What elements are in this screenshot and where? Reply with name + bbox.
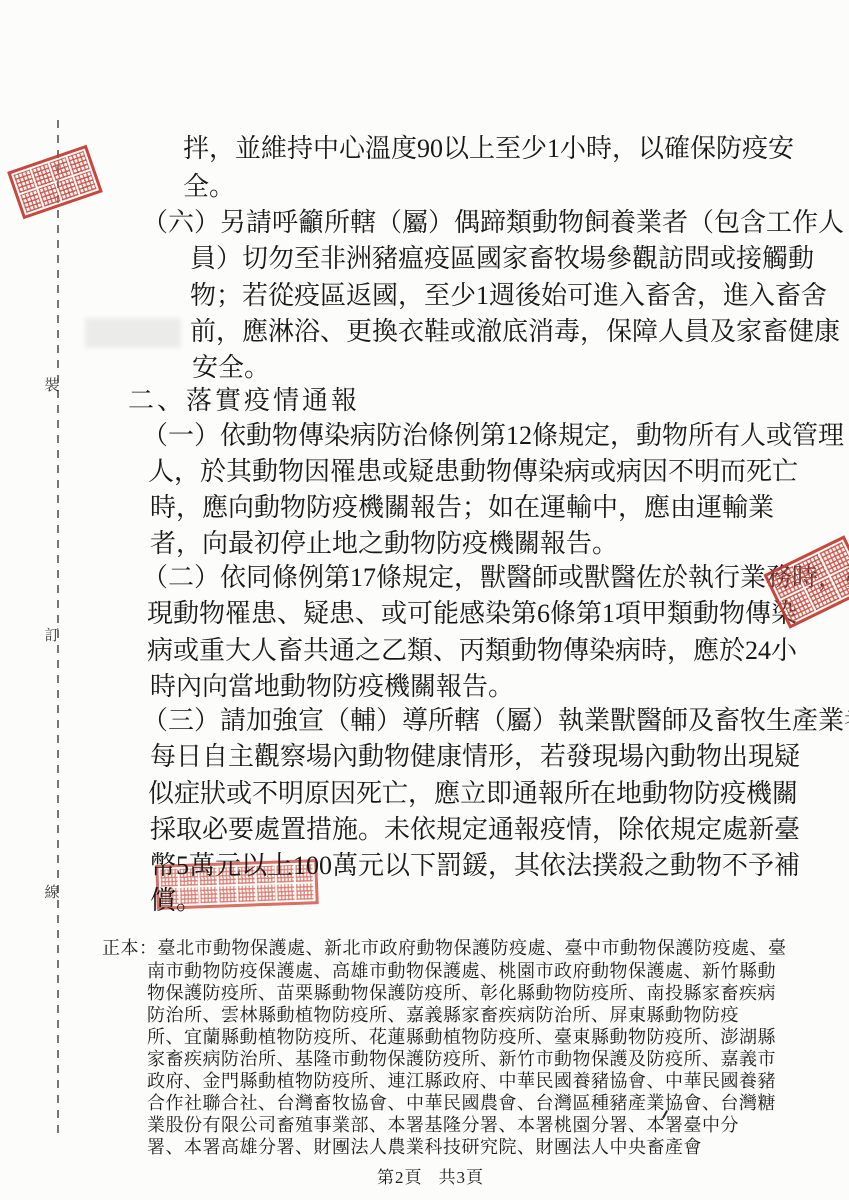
body-line: 償。 bbox=[150, 885, 202, 916]
body-line: 人，於其動物因罹患或疑患動物傳染病或病因不明而死亡 bbox=[148, 456, 798, 487]
recipients-line: 業股份有限公司畜殖事業部、本署基隆分署、本署桃園分署、本署臺中分 bbox=[147, 1115, 739, 1136]
section-heading: 二、落實疫情通報 bbox=[128, 385, 360, 416]
body-line: 前，應淋浴、更換衣鞋或澈底消毒，保障人員及家畜健康 bbox=[190, 316, 840, 347]
body-line: 幣5萬元以上100萬元以下罰鍰，其依法撲殺之動物不予補 bbox=[150, 850, 800, 881]
body-line: 每日自主觀察場內動物健康情形，若發現場內動物出現疑 bbox=[150, 741, 800, 772]
body-line: 現動物罹患、疑患、或可能感染第6條第1項甲類動物傳染 bbox=[147, 598, 797, 629]
recipients-line: 合作社聯合社、台灣畜牧協會、中華民國農會、台灣區種豬產業協會、台灣糖 bbox=[147, 1093, 776, 1114]
body-line: 病或重大人畜共通之乙類、丙類動物傳染病時，應於24小 bbox=[147, 635, 797, 666]
body-line: （三）請加強宣（輔）導所轄（屬）執業獸醫師及畜牧生產業者 bbox=[142, 705, 849, 736]
recipients-line: 家畜疾病防治所、基隆市動物保護防疫所、新竹市動物保護及防疫所、嘉義市 bbox=[147, 1049, 776, 1070]
body-line: 時內向當地動物防疫機關報告。 bbox=[150, 671, 514, 702]
body-line: 全。 bbox=[183, 171, 235, 202]
body-line: 員）切勿至非洲豬瘟疫區國家畜牧場參觀訪問或接觸動 bbox=[190, 243, 814, 274]
recipients-line: 防治所、雲林縣動植物防疫所、嘉義縣家畜疾病防治所、屏東縣動物防疫 bbox=[147, 1005, 739, 1026]
red-official-seal-icon bbox=[7, 145, 103, 220]
recipients-line: 正本：臺北市動物保護處、新北市政府動物保護防疫處、臺中市動物保護防疫處、臺 bbox=[102, 938, 787, 959]
body-line: （二）依同條例第17條規定，獸醫師或獸醫佐於執行業務時，發 bbox=[142, 562, 849, 593]
body-line: 拌，並維持中心溫度90以上至少1小時，以確保防疫安 bbox=[183, 133, 794, 164]
recipients-line: 政府、金門縣動植物防疫所、連江縣政府、中華民國養豬協會、中華民國養豬 bbox=[147, 1071, 776, 1092]
binding-label-ding: 訂 bbox=[40, 624, 64, 645]
recipients-line: 署、本署高雄分署、財團法人農業科技研究院、財團法人中央畜產會 bbox=[147, 1137, 702, 1158]
binding-label-zhuang: 裝 bbox=[40, 374, 64, 395]
scan-smudge bbox=[85, 318, 181, 348]
recipients-line: 物保護防疫所、苗栗縣動物保護防疫所、彰化縣動物防疫所、南投縣家畜疾病 bbox=[147, 983, 776, 1004]
body-line: 採取必要處置措施。未依規定通報疫情，除依規定處新臺 bbox=[150, 814, 800, 845]
total-pages: 共3頁 bbox=[439, 1168, 485, 1187]
binding-label-xian: 線 bbox=[40, 881, 64, 902]
scanned-document-page: 裝 訂 線 拌，並維持中心溫度90以上至少1小時，以確保防疫安 全。 （六）另請… bbox=[0, 0, 849, 1200]
body-line: （六）另請呼籲所轄（屬）偶蹄類動物飼養業者（包含工作人 bbox=[142, 207, 844, 238]
body-line: 時，應向動物防疫機關報告；如在運輸中，應由運輸業 bbox=[150, 492, 774, 523]
body-line: 者，向最初停止地之動物防疫機關報告。 bbox=[150, 528, 618, 559]
body-line: （一）依動物傳染病防治條例第12條規定，動物所有人或管理 bbox=[142, 420, 844, 451]
page-footer: 第2頁共3頁 bbox=[377, 1163, 537, 1188]
page-number: 第2頁 bbox=[377, 1168, 423, 1187]
body-line: 物；若從疫區返國，至少1週後始可進入畜舍，進入畜舍 bbox=[190, 280, 827, 311]
body-line: 安全。 bbox=[192, 352, 270, 383]
recipients-line: 所、宜蘭縣動植物防疫所、花蓮縣動植物防疫所、臺東縣動物防疫所、澎湖縣 bbox=[147, 1027, 776, 1048]
body-line: 似症狀或不明原因死亡，應立即通報所在地動物防疫機關 bbox=[148, 778, 798, 809]
recipients-line: 南市動物防疫保護處、高雄市動物保護處、桃園市政府動物保護處、新竹縣動 bbox=[147, 961, 776, 982]
